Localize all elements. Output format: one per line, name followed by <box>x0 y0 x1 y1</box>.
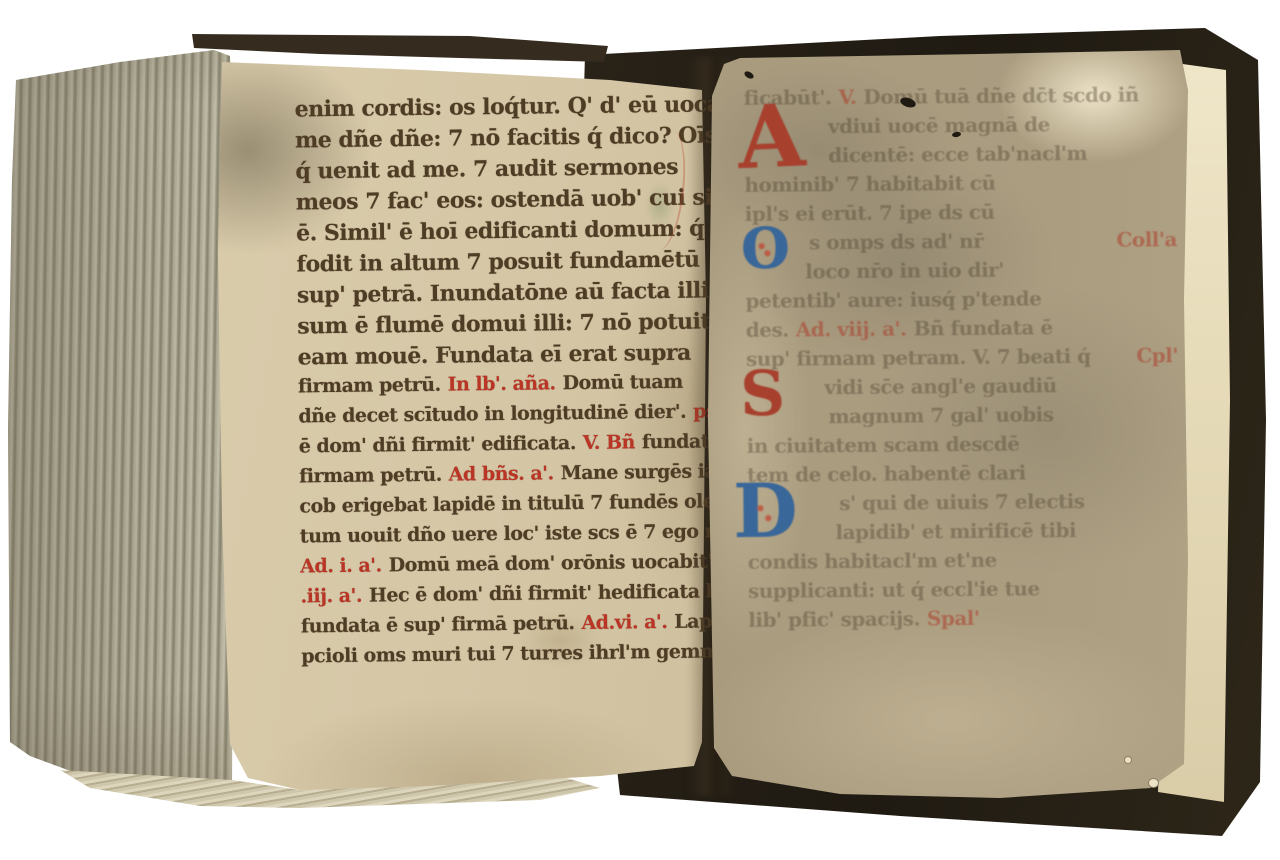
text-segment: supplicanti: ut q́ eccl'ie tue <box>748 576 1040 603</box>
text-segment: Ad. viij. a'. <box>796 316 907 341</box>
text-segment: eam mouē. Fundata eī erat supra <box>298 340 691 371</box>
manuscript-text-line: pcioli oms muri tui 7 turres ihrl'm gemm… <box>301 641 705 676</box>
manuscript-text-line: firmam petrū.Ad bñs. a'.Mane surgēs ia <box>299 461 703 496</box>
manuscript-text-line: me dñe dñe: 7 nō facitis q́ dico?Oīs <box>295 123 699 159</box>
manuscript-text-line: ē dom' dñi firmit' edificata.V. Bñfundat… <box>299 431 703 466</box>
manuscript-text-line: s omps ds ad' nr̄Coll'a <box>745 227 1173 260</box>
text-segment: s' qui de uiuis 7 electis <box>839 489 1085 515</box>
illuminated-initial-s: S <box>740 370 785 419</box>
text-segment: vidi sc̄e angl'e gaudiū <box>824 373 1057 399</box>
manuscript-text-line: sum ē flumē domui illi: 7 nō potuit <box>297 309 701 345</box>
text-segment: q́ uenit ad me. 7 audit sermones <box>295 154 678 185</box>
manuscript-text-line: vdiui uocē magnā de <box>744 111 1172 144</box>
manuscript-text-line: cob erigebat lapidē in titulū 7 fundēs o… <box>299 491 703 526</box>
manuscript-text-line: fodit in altum 7 posuit fundamētū <box>296 247 700 283</box>
text-segment: magnum 7 gal' uobis <box>828 402 1053 428</box>
text-segment: In lb'. aña. <box>448 372 556 395</box>
manuscript-text-line: sup' petrā. Inundatōne aū facta illi <box>297 278 701 314</box>
text-segment: Coll'a <box>1116 227 1177 252</box>
text-segment: des. <box>746 317 789 341</box>
text-segment: loco nr̄o in uio dir' <box>805 258 1004 284</box>
manuscript-text-line: ipl's ei erūt. 7 ipe ds cū <box>745 198 1173 231</box>
text-segment: V. <box>838 85 856 109</box>
text-segment: lib' pfic' spacijs. <box>748 606 920 631</box>
manuscript-text-line: dñe decet scītudo in longitudinē dier'.p… <box>298 401 702 436</box>
manuscript-text-line: q́ uenit ad me. 7 audit sermones <box>295 154 699 190</box>
text-segment: sup' petrā. Inundatōne aū facta illi <box>297 277 709 308</box>
manuscript-text-line: vidi sc̄e angl'e gaudiū <box>746 372 1174 405</box>
illuminated-initial-a: A <box>737 102 807 172</box>
worm-hole <box>1148 778 1159 788</box>
manuscript-text-line: in ciuitatem scam descdē <box>747 430 1175 463</box>
text-segment: firmam petrū. <box>298 374 441 398</box>
manuscript-photo: enim cordis: os loq́tur. Q' d' eū uocati… <box>0 0 1280 860</box>
manuscript-text-line: lapidib' et mirificē tibi <box>747 517 1175 550</box>
manuscript-text-line: magnum 7 gal' uobis <box>746 401 1174 434</box>
manuscript-text-line: tum uouit dño uere loc' iste scs ē 7 ego… <box>300 521 704 556</box>
manuscript-text-line: loco nr̄o in uio dir' <box>745 256 1173 289</box>
manuscript-text-line: des.Ad. viij. a'.Bñ fundata ē <box>746 314 1174 347</box>
text-segment: me dñe dñe: 7 nō facitis q́ dico? <box>295 123 671 154</box>
manuscript-text-line: hominib' 7 habitabit cū <box>744 169 1172 202</box>
text-segment: fodit in altum 7 posuit fundamētū <box>296 247 699 278</box>
manuscript-text-line: enim cordis: os loq́tur. Q' d' eū uocati… <box>294 92 698 128</box>
left-page-text: enim cordis: os loq́tur. Q' d' eū uocati… <box>294 92 705 676</box>
text-segment: .iij. a'. <box>300 585 362 608</box>
text-segment: ē dom' dñi firmit' edificata. <box>299 432 576 457</box>
text-segment: Spal' <box>927 606 980 630</box>
text-segment: sum ē flumē domui illi: 7 nō potuit <box>297 308 710 339</box>
manuscript-text-line: eam mouē. Fundata eī erat supra <box>298 340 702 376</box>
text-segment: lapidib' et mirificē tibi <box>835 518 1076 544</box>
text-segment: Domū tuam <box>562 371 682 394</box>
text-segment: sup' firmam petram. V. 7 beati q́ <box>746 344 1091 371</box>
text-segment: petentib' aure: iusq́ p'tende <box>745 286 1041 313</box>
text-segment: enim cordis: os loq́tur. Q' d' eū uocati… <box>294 91 750 123</box>
text-segment: fundata ē sup' firmā petrū. <box>301 612 575 637</box>
text-segment: firmam petrū. <box>299 464 442 488</box>
text-segment: Domū meā dom' orōnis uocabit'. <box>389 550 719 576</box>
manuscript-text-line: firmam petrū.In lb'. aña.Domū tuam <box>298 371 702 406</box>
text-segment: s omps ds ad' nr̄ <box>809 229 983 255</box>
text-segment: Ad bñs. a'. <box>449 462 554 485</box>
manuscript-text-line: s' qui de uiuis 7 electis <box>747 488 1175 521</box>
manuscript-text-line: tem de celo. habentē clari <box>747 459 1175 492</box>
manuscript-text-line: supplicanti: ut q́ eccl'ie tue <box>748 575 1176 608</box>
text-segment: Bñ fundata ē <box>914 315 1053 340</box>
text-segment: Ad.vi. a'. <box>581 611 667 634</box>
manuscript-text-line: meos 7 fac' eos: ostendā uob' cui simil' <box>296 185 700 221</box>
manuscript-text-line: sup' firmam petram. V. 7 beati q́Cpl' <box>746 343 1174 376</box>
manuscript-text-line: ficabūt'.V.Domū tuā dñe dc̄t scdo iñ <box>744 82 1172 115</box>
manuscript-text-line: lib' pfic' spacijs.Spal' <box>748 604 1176 637</box>
manuscript-text-line: fundata ē sup' firmā petrū.Ad.vi. a'.Lap… <box>301 611 705 646</box>
text-segment: in ciuitatem scam descdē <box>747 431 1020 457</box>
worm-hole <box>1124 756 1132 764</box>
manuscript-text-line: .iij. a'.Hec ē dom' dñi firmit' hedifica… <box>300 581 704 616</box>
illuminated-initial-o: O <box>741 227 790 271</box>
text-segment: Hec ē dom' dñi firmit' hedificata bñ <box>369 580 732 606</box>
right-page-text: A O S D ficabūt'.V.Domū tuā dñe dc̄t scd… <box>744 82 1177 637</box>
text-segment: Cpl' <box>1136 343 1178 367</box>
manuscript-text-line: petentib' aure: iusq́ p'tende <box>745 285 1173 318</box>
manuscript-text-line: dicentē: ecce tab'nacl'm <box>744 140 1172 173</box>
illuminated-initial-d: D <box>733 483 798 541</box>
text-segment: dñe decet scītudo in longitudinē dier'. <box>298 401 686 428</box>
manuscript-text-line: condis habitacl'm et'ne <box>748 546 1176 579</box>
text-segment: Ad. i. a'. <box>300 554 382 577</box>
text-segment: dicentē: ecce tab'nacl'm <box>828 141 1087 167</box>
manuscript-text-line: Ad. i. a'.Domū meā dom' orōnis uocabit'.… <box>300 551 704 586</box>
text-segment: V. Bñ <box>583 431 635 454</box>
text-segment: vdiui uocē magnā de <box>828 112 1050 138</box>
